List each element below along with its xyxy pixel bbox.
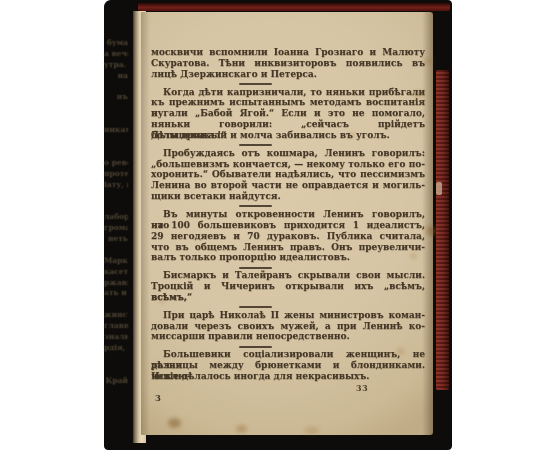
text-line: Ленина во второй части не оправдается и … (151, 181, 425, 192)
left-page-fragment: Край (104, 376, 128, 387)
left-page-fragment (104, 201, 128, 212)
text-line: Дѣти дрожали и молча забивались въ уголъ… (151, 131, 425, 142)
page-text: москвичи вспомнили Іоанна Грознаго и Мал… (151, 48, 425, 383)
text-line: довали черезъ своихъ мужей, а при Ленинѣ… (151, 322, 425, 333)
text-line: разницы между брюнетками и блондинками. … (151, 361, 425, 372)
left-page-fragment: касети к (104, 267, 128, 278)
signature-mark: 3 (155, 394, 161, 404)
left-page-fragment: а вечер (104, 49, 128, 60)
left-page-fragment: жинсто (104, 310, 128, 321)
text-line: лицѣ Дзержинскаго и Петерса. (151, 70, 425, 81)
cover-edge-top (138, 3, 450, 11)
page-number: 33 (356, 383, 368, 393)
left-page-text: бумаа вечерутра. Цананъникахъ.о революпр… (104, 38, 133, 387)
stain (236, 425, 247, 433)
text-line: хоронить.“ Обыватели надѣялись, что песс… (151, 170, 425, 181)
text-line: на 100 большевиковъ приходится 1 идеалис… (151, 221, 425, 232)
left-page-fragment: ржави от (104, 278, 128, 289)
cover-edge-right (436, 70, 449, 390)
stain (304, 427, 319, 434)
left-page-fragment (104, 82, 128, 93)
text-line: всѣмъ.“ (151, 293, 425, 304)
text-line: Когда дѣти капризничали, то няньки прибѣ… (151, 88, 425, 99)
text-line: Скуратова. Тѣни инквизиторовъ появились … (151, 59, 425, 70)
left-page-fragment: о револю (104, 158, 128, 169)
left-page-fragment (104, 114, 128, 125)
left-page-fragment (104, 147, 128, 158)
text-line: что въ общемъ Ленинъ правъ. Онъ преувели… (151, 243, 425, 254)
text-line: Троцкій и Чичеринъ открывали ихъ „всѣмъ,… (151, 282, 425, 293)
left-page-fragment: знали с (104, 332, 128, 343)
left-page-strip: бумаа вечерутра. Цананъникахъ.о революпр… (104, 7, 135, 450)
left-page-fragment (104, 103, 128, 114)
left-page-fragment (104, 136, 128, 147)
left-page-fragment: главной (104, 321, 128, 332)
left-page-fragment: ать и писа (104, 288, 128, 299)
left-page-fragment: громади (104, 223, 128, 234)
paragraph-divider (239, 83, 272, 85)
paragraph-divider (239, 144, 272, 146)
paragraph-divider (239, 346, 272, 348)
cover-wear-mark (436, 182, 442, 195)
stain (423, 58, 432, 65)
text-line: валъ только пропорцію идеалистовъ. (151, 253, 425, 264)
stain (168, 418, 181, 428)
text-line: Пробуждаясь отъ кошмара, Ленинъ говорилъ… (151, 149, 425, 160)
left-page-fragment: рдія, и н (104, 343, 128, 354)
left-page-fragment: бума (104, 38, 128, 49)
left-page-fragment (104, 354, 128, 365)
left-page-fragment: Марксъ р (104, 256, 128, 267)
left-page-fragment (104, 299, 128, 310)
text-line: къ прежнимъ испытаннымъ методамъ воспита… (151, 98, 425, 109)
text-line: няньки говорили: „сейчасъ прійдетъ больш… (151, 120, 425, 131)
text-line: пугали „Бабой Ягой.“ Если и это не помог… (151, 109, 425, 120)
right-page: москвичи вспомнили Іоанна Грознаго и Мал… (141, 12, 433, 435)
text-line: Бисмаркъ и Талейранъ скрывали свои мысли… (151, 271, 425, 282)
paragraph-divider (239, 205, 272, 207)
left-page-fragment: протесты (104, 169, 128, 180)
text-line: „большевизмъ кончается, — некому только … (151, 160, 425, 171)
text-line: миссарши правили непосредственно. (151, 332, 425, 343)
text-line: москвичи вспомнили Іоанна Грознаго и Мал… (151, 48, 425, 59)
left-page-fragment (104, 365, 128, 376)
text-line: При царѣ Николаѣ II жены министровъ кома… (151, 311, 425, 322)
paragraph-divider (239, 267, 272, 269)
text-line: Большевики соціализировали женщинъ, не д… (151, 350, 425, 361)
text-line: Въ минуты откровенности Ленинъ говорилъ,… (151, 210, 425, 221)
left-page-fragment: іату, и н (104, 180, 128, 191)
left-page-fragment (104, 190, 128, 201)
left-page-fragment: неть (104, 234, 128, 245)
left-page-fragment: на (104, 71, 128, 82)
left-page-fragment (104, 245, 128, 256)
left-page-fragment: лаборату (104, 212, 128, 223)
text-line: ченіе дѣлалось иногда для некрасивыхъ. (151, 372, 425, 383)
paragraph-divider (239, 306, 272, 308)
left-page-fragment: утра. Ца (104, 60, 128, 71)
left-page-fragment: никахъ. (104, 125, 128, 136)
photo-background: бумаа вечерутра. Цананъникахъ.о революпр… (0, 0, 550, 450)
text-line: 29 негодяевъ и 70 дураковъ. Публика счит… (151, 232, 425, 243)
left-page-fragment: нъ (104, 92, 128, 103)
text-line: щики всетаки найдутся. (151, 192, 425, 203)
